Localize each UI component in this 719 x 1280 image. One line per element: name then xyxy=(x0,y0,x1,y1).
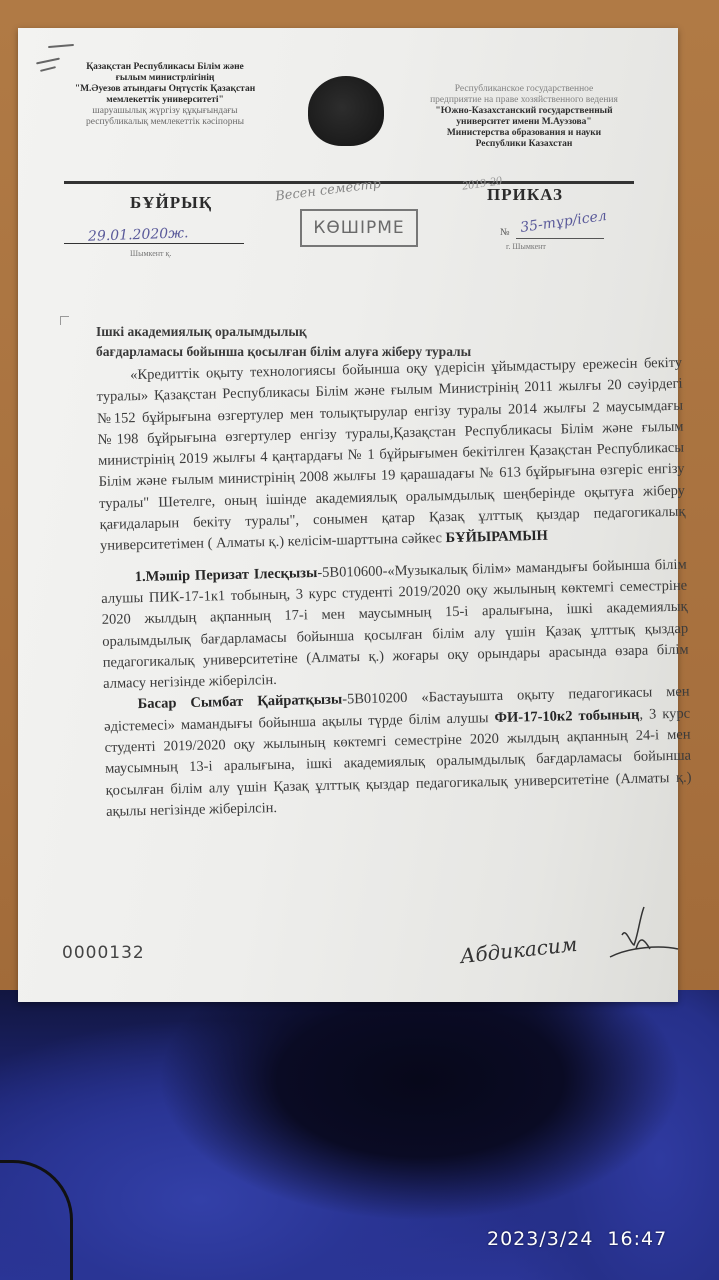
header-right-line: "Южно-Казахстанский государственный xyxy=(418,106,630,117)
item-1-number: 1. xyxy=(135,569,146,585)
city-russian: г. Шымкент xyxy=(506,242,546,251)
header-left-line: "М.Әуезов атындағы Оңтүстік Қазақстан xyxy=(60,84,270,95)
order-number-label: № xyxy=(500,227,510,238)
copy-stamp: КӨШІРМЕ xyxy=(300,209,418,247)
header-kazakh-organization: Қазақстан Республикасы Білім және ғылым … xyxy=(60,62,270,128)
header-left-line: республикалық мемлекеттік кәсіпорны xyxy=(60,117,270,128)
header-left-line: Қазақстан Республикасы Білім және xyxy=(60,62,270,73)
corner-mark xyxy=(60,316,69,325)
header-left-line: ғылым министрлігінің xyxy=(60,73,270,84)
header-right-line: Республики Казахстан xyxy=(418,139,630,150)
photo-timestamp: 2023/3/2416:47 xyxy=(487,1228,667,1250)
city-kazakh: Шымкент қ. xyxy=(130,249,171,258)
header-right-line: Министерства образования и науки xyxy=(418,128,630,139)
timestamp-date: 2023/3/24 xyxy=(487,1228,593,1250)
header-left-line: шаруашылық жүргізу құқығындағы xyxy=(60,106,270,117)
subject-line: Ішкі академиялық оралымдылық xyxy=(96,322,616,342)
document-title-russian: ПРИКАЗ xyxy=(487,185,563,205)
signature-mark-icon xyxy=(600,905,680,965)
order-body: «Кредиттік оқыту технологиясы бойынша оқ… xyxy=(96,353,692,823)
item-2-paragraph: Басар Сымбат Қайратқызы-5В010200 «Бастау… xyxy=(103,682,692,823)
preamble-paragraph: «Кредиттік оқыту технологиясы бойынша оқ… xyxy=(96,353,686,558)
header-right-line: предприятие на праве хозяйственного веде… xyxy=(418,95,630,106)
header-left-line: мемлекеттік университеті" xyxy=(60,95,270,106)
serial-number: 0000132 xyxy=(62,943,145,963)
item-1-paragraph: 1.Мәшір Перизат Ілесқызы-5В010600-«Музык… xyxy=(101,554,690,695)
preamble-text: «Кредиттік оқыту технологиясы бойынша оқ… xyxy=(97,355,686,555)
document-title-kazakh: БҰЙРЫҚ xyxy=(130,193,212,213)
order-keyword: БҰЙЫРАМЫН xyxy=(445,528,548,546)
timestamp-time: 16:47 xyxy=(607,1228,667,1250)
state-emblem-icon xyxy=(308,76,384,146)
item-2-group: ФИ-17-10к2 тобының xyxy=(494,707,639,726)
item-2-student-name: Басар Сымбат Қайратқызы xyxy=(138,692,343,713)
header-right-line: Республиканское государственное xyxy=(418,84,630,95)
item-1-student-name: Мәшір Перизат Ілесқызы xyxy=(145,565,317,585)
header-right-line: университет имени М.Ауэзова" xyxy=(418,117,630,128)
number-underline xyxy=(516,238,604,239)
date-underline xyxy=(64,243,244,244)
header-russian-organization: Республиканское государственное предприя… xyxy=(418,84,630,150)
